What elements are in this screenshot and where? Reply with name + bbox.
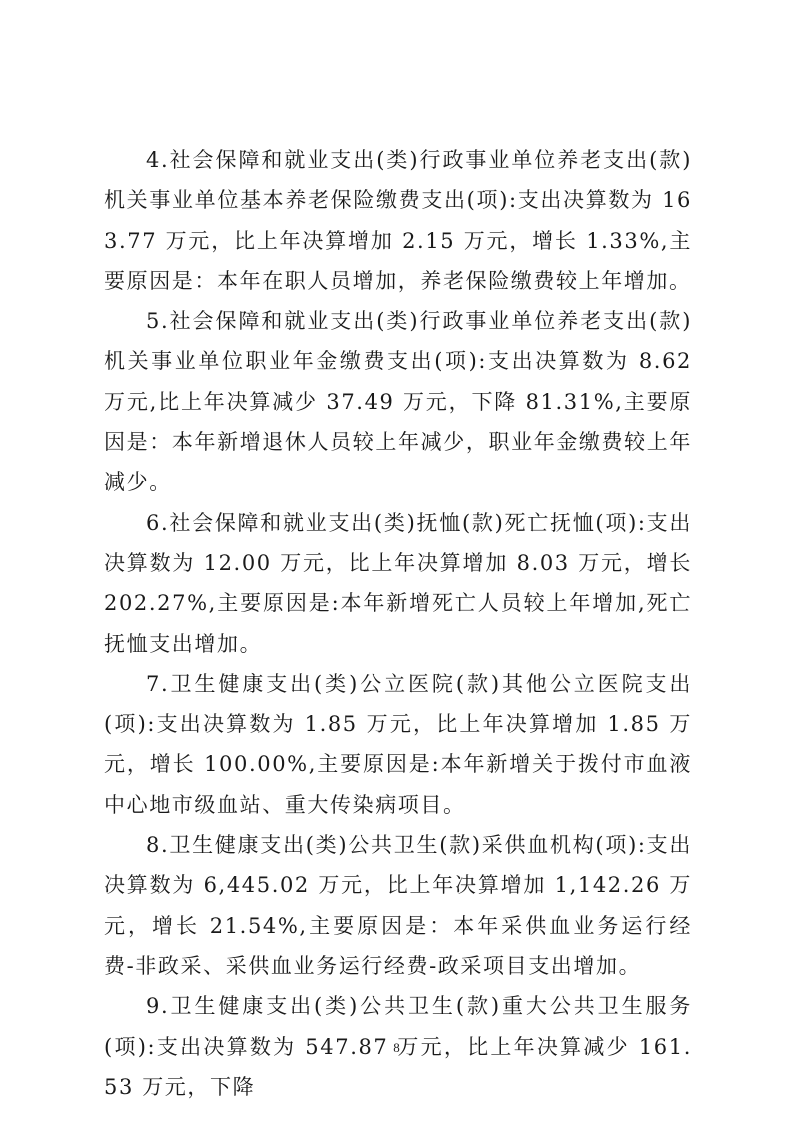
paragraph-item-6: 6.社会保障和就业支出(类)抚恤(款)死亡抚恤(项):支出决算数为 12.00 … — [104, 503, 692, 664]
paragraph-item-7: 7.卫生健康支出(类)公立医院(款)其他公立医院支出(项):支出决算数为 1.8… — [104, 664, 692, 825]
paragraph-item-5: 5.社会保障和就业支出(类)行政事业单位养老支出(款)机关事业单位职业年金缴费支… — [104, 301, 692, 502]
paragraph-item-4: 4.社会保障和就业支出(类)行政事业单位养老支出(款)机关事业单位基本养老保险缴… — [104, 140, 692, 301]
document-body: 4.社会保障和就业支出(类)行政事业单位养老支出(款)机关事业单位基本养老保险缴… — [104, 140, 692, 1107]
page-number: 8 — [0, 1040, 793, 1056]
paragraph-item-8: 8.卫生健康支出(类)公共卫生(款)采供血机构(项):支出决算数为 6,445.… — [104, 825, 692, 986]
